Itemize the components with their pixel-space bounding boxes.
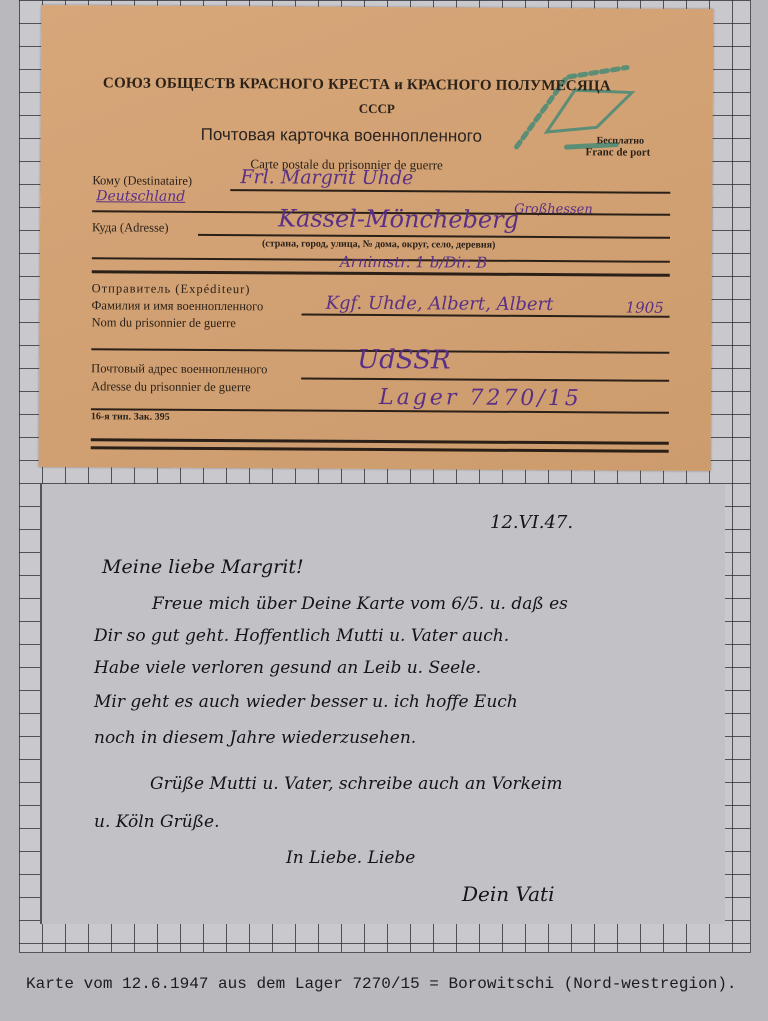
pow-postcard: СОЮЗ ОБЩЕСТВ КРАСНОГО КРЕСТА и КРАСНОГО … xyxy=(39,5,714,471)
sender-label-3: Nom du prisonnier de guerre xyxy=(91,315,235,331)
region-value: Großhessen xyxy=(514,202,593,217)
recipient-line xyxy=(230,189,670,193)
letter-sheet: 12.VI.47. Meine liebe Margrit! Freue mic… xyxy=(40,484,725,924)
address-value: Kassel-Möncheberg xyxy=(278,204,519,233)
sender-label-2: Фамилия и имя военнопленного xyxy=(92,298,264,314)
pow-address-label-2: Adresse du prisonnier de guerre xyxy=(91,379,251,395)
pow-address-line-1 xyxy=(301,378,669,382)
letter-line: Freue mich über Deine Karte vom 6/5. u. … xyxy=(152,594,568,614)
pow-country-value: UdSSR xyxy=(357,345,450,376)
printer-note: 16-я тип. Зак. 395 xyxy=(91,411,170,422)
letter-line: Meine liebe Margrit! xyxy=(102,556,304,578)
album-caption: Karte vom 12.6.1947 aus dem Lager 7270/1… xyxy=(26,974,766,994)
address-label: Куда (Adresse) xyxy=(92,220,169,235)
pow-address-label-1: Почтовый адрес военнопленного xyxy=(91,361,267,377)
letter-line: Grüße Mutti u. Vater, schreibe auch an V… xyxy=(150,774,563,794)
country-header: СССР xyxy=(359,101,395,117)
sender-year: 1905 xyxy=(626,299,664,317)
letter-line: Dir so gut geht. Hoffentlich Mutti u. Va… xyxy=(94,626,509,646)
country-value: Deutschland xyxy=(96,188,185,205)
letter-signature: Dein Vati xyxy=(462,882,554,906)
letter-date: 12.VI.47. xyxy=(490,512,573,533)
recipient-label: Кому (Destinataire) xyxy=(92,173,192,189)
sender-label-1: Отправитель (Expéditeur) xyxy=(92,281,251,297)
recipient-value: Frl. Margrit Uhde xyxy=(240,166,413,189)
card-title-ru: Почтовая карточка военнопленного xyxy=(201,125,482,147)
organization-header: СОЮЗ ОБЩЕСТВ КРАСНОГО КРЕСТА и КРАСНОГО … xyxy=(103,75,611,95)
sender-value: Kgf. Uhde, Albert, Albert xyxy=(326,293,554,315)
letter-line: Mir geht es auch wieder besser u. ich ho… xyxy=(94,692,518,712)
postage-free-fr: Franc de port xyxy=(585,146,650,158)
address-hint: (страна, город, улица, № дома, округ, се… xyxy=(262,238,495,250)
letter-line: u. Köln Grüße. xyxy=(94,812,220,832)
address-double-line xyxy=(92,270,670,277)
bottom-rule-2 xyxy=(91,446,669,453)
letter-line: noch in diesem Jahre wiederzusehen. xyxy=(94,728,416,748)
postage-free-ru: Бесплатно xyxy=(597,135,644,146)
letter-line: Habe viele verloren gesund an Leib u. Se… xyxy=(94,658,481,678)
street-value: Arnimstr. 1 b/Dir. B xyxy=(340,253,487,272)
letter-line: In Liebe. Liebe xyxy=(286,848,415,868)
bottom-rule-1 xyxy=(91,438,669,445)
pow-camp-value: Lager 7270/15 xyxy=(379,385,582,411)
